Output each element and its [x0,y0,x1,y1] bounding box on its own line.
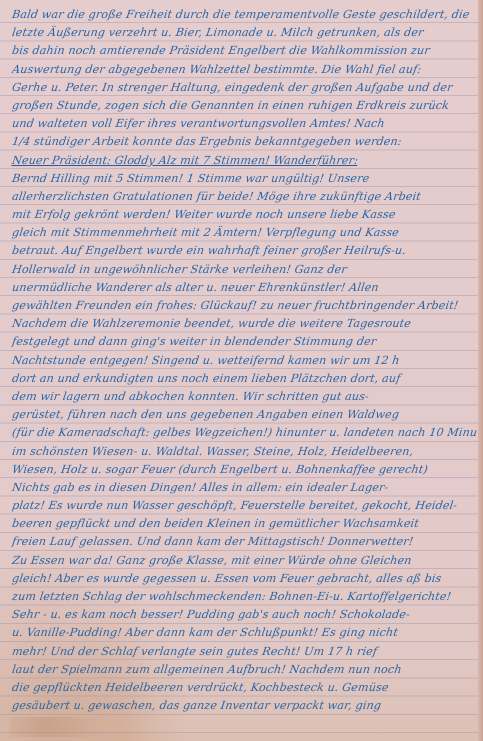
text-line: mit Erfolg gekrönt werden! Weiter wurde … [11,206,479,224]
text-line: Nachdem die Wahlzeremonie beendet, wurde… [11,315,479,333]
paper-stain [10,717,130,737]
text-line: unermüdliche Wanderer als alter u. neuer… [11,279,479,297]
text-line: betraut. Auf Engelbert wurde ein wahrhaf… [11,242,479,260]
text-line: Nachtstunde entgegen! Singend u. wetteif… [11,352,479,370]
text-line: mehr! Und der Schlaf verlangte sein gute… [11,643,479,661]
text-line: bis dahin noch amtierende Präsident Enge… [11,42,479,60]
text-line: allerherzlichsten Gratulationen für beid… [11,188,479,206]
text-line: Bald war die große Freiheit durch die te… [11,6,479,24]
text-line: letzte Äußerung verzehrt u. Bier, Limona… [11,24,479,42]
text-line: großen Stunde, zogen sich die Genannten … [11,97,479,115]
text-line: gerüstet, führen nach den uns gegebenen … [11,406,479,424]
text-line: gewählten Freunden ein frohes: Glückauf!… [11,297,479,315]
text-line: freien Lauf gelassen. Und dann kam der M… [11,533,479,551]
text-line: platz! Es wurde nun Wasser geschöpft, Fe… [11,497,479,515]
text-line: Sehr - u. es kam noch besser! Pudding ga… [11,606,479,624]
text-line: Bernd Hilling mit 5 Stimmen! 1 Stimme wa… [11,170,479,188]
text-line: (für die Kameradschaft: gelbes Wegzeiche… [11,424,479,442]
text-line: Nichts gab es in diesen Dingen! Alles in… [11,479,479,497]
text-line: dem wir lagern und abkochen konnten. Wir… [11,388,479,406]
text-line: gleich! Aber es wurde gegessen u. Essen … [11,570,479,588]
text-line: Auswertung der abgegebenen Wahlzettel be… [11,61,479,79]
text-line: u. Vanille-Pudding! Aber dann kam der Sc… [11,624,479,642]
text-line: die gepflückten Heidelbeeren verdrückt, … [11,679,479,697]
text-line: Zu Essen war da! Ganz große Klasse, mit … [11,552,479,570]
text-line: im schönsten Wiesen- u. Waldtal. Wasser,… [11,443,479,461]
text-line-underlined-election-result: Neuer Präsident: Gloddy Alz mit 7 Stimme… [11,152,479,170]
text-line: zum letzten Schlag der wohlschmeckenden:… [11,588,479,606]
diary-page: Bald war die große Freiheit durch die te… [0,0,483,741]
text-line: beeren gepflückt und den beiden Kleinen … [11,515,479,533]
text-line: festgelegt und dann ging's weiter in ble… [11,333,479,351]
handwritten-text-block: Bald war die große Freiheit durch die te… [12,6,477,715]
text-line: dort an und erkundigten uns noch einem l… [11,370,479,388]
text-line: laut der Spielmann zum allgemeinen Aufbr… [11,661,479,679]
text-line: 1/4 stündiger Arbeit konnte das Ergebnis… [11,133,479,151]
text-line: und walteten voll Eifer ihres verantwort… [11,115,479,133]
text-line: Hollerwald in ungewöhnlicher Stärke verl… [11,261,479,279]
text-line: gleich mit Stimmenmehrheit mit 2 Ämtern!… [11,224,479,242]
text-line: Gerhe u. Peter. In strenger Haltung, ein… [11,79,479,97]
text-line: Wiesen, Holz u. sogar Feuer (durch Engel… [11,461,479,479]
text-line: gesäubert u. gewaschen, das ganze Invent… [11,697,479,715]
